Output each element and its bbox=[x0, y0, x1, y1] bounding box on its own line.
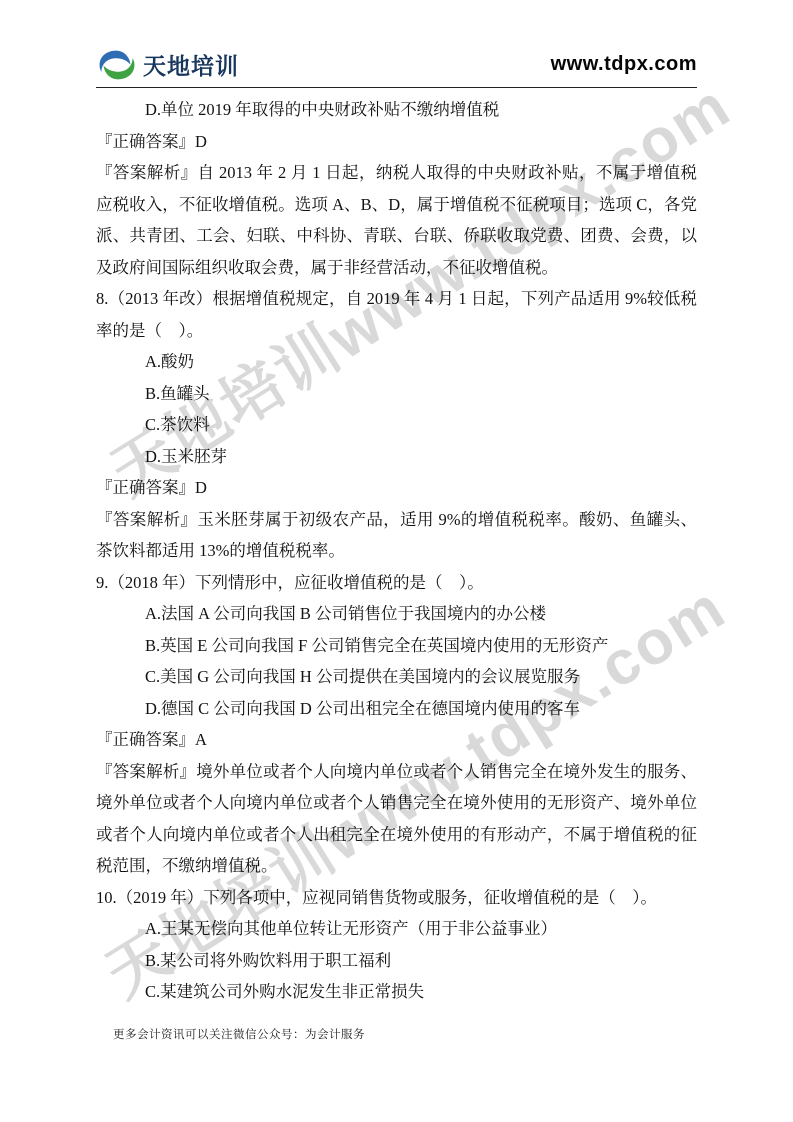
document-body: D.单位 2019 年取得的中央财政补贴不缴纳增值税『正确答案』D『答案解析』自… bbox=[96, 94, 697, 1008]
option-line: B.鱼罐头 bbox=[96, 378, 697, 410]
text-paragraph: 10.（2019 年）下列各项中，应视同销售货物或服务，征收增值税的是（ ）。 bbox=[96, 882, 697, 914]
footer-note: 更多会计资讯可以关注微信公众号：为会计服务 bbox=[113, 1026, 365, 1042]
company-logo: 天地培训 bbox=[96, 48, 239, 82]
text-paragraph: 『答案解析』自 2013 年 2 月 1 日起，纳税人取得的中央财政补贴，不属于… bbox=[96, 157, 697, 283]
option-line: A.王某无偿向其他单位转让无形资产（用于非公益事业） bbox=[96, 913, 697, 945]
logo-swirl-icon bbox=[96, 48, 138, 82]
text-paragraph: 『答案解析』境外单位或者个人向境内单位或者个人销售完全在境外发生的服务、境外单位… bbox=[96, 756, 697, 882]
text-paragraph: 『正确答案』D bbox=[96, 126, 697, 158]
page-header: 天地培训 www.tdpx.com bbox=[96, 46, 697, 88]
option-line: B.英国 E 公司向我国 F 公司销售完全在英国境内使用的无形资产 bbox=[96, 630, 697, 662]
option-line: C.某建筑公司外购水泥发生非正常损失 bbox=[96, 976, 697, 1008]
option-line: D.德国 C 公司向我国 D 公司出租完全在德国境内使用的客车 bbox=[96, 693, 697, 725]
document-page: 天地培训www.tdpx.com 天地培训www.tdpx.com 天地培训 w… bbox=[0, 0, 793, 1122]
option-line: D.单位 2019 年取得的中央财政补贴不缴纳增值税 bbox=[96, 94, 697, 126]
option-line: D.玉米胚芽 bbox=[96, 441, 697, 473]
option-line: A.法国 A 公司向我国 B 公司销售位于我国境内的办公楼 bbox=[96, 598, 697, 630]
text-paragraph: 8.（2013 年改）根据增值税规定，自 2019 年 4 月 1 日起，下列产… bbox=[96, 283, 697, 346]
text-paragraph: 9.（2018 年）下列情形中，应征收增值税的是（ ）。 bbox=[96, 567, 697, 599]
logo-text: 天地培训 bbox=[143, 48, 239, 81]
website-url: www.tdpx.com bbox=[551, 53, 697, 76]
option-line: B.某公司将外购饮料用于职工福利 bbox=[96, 945, 697, 977]
option-line: C.茶饮料 bbox=[96, 409, 697, 441]
option-line: C.美国 G 公司向我国 H 公司提供在美国境内的会议展览服务 bbox=[96, 661, 697, 693]
text-paragraph: 『答案解析』玉米胚芽属于初级农产品，适用 9%的增值税税率。酸奶、鱼罐头、茶饮料… bbox=[96, 504, 697, 567]
option-line: A.酸奶 bbox=[96, 346, 697, 378]
text-paragraph: 『正确答案』A bbox=[96, 724, 697, 756]
text-paragraph: 『正确答案』D bbox=[96, 472, 697, 504]
